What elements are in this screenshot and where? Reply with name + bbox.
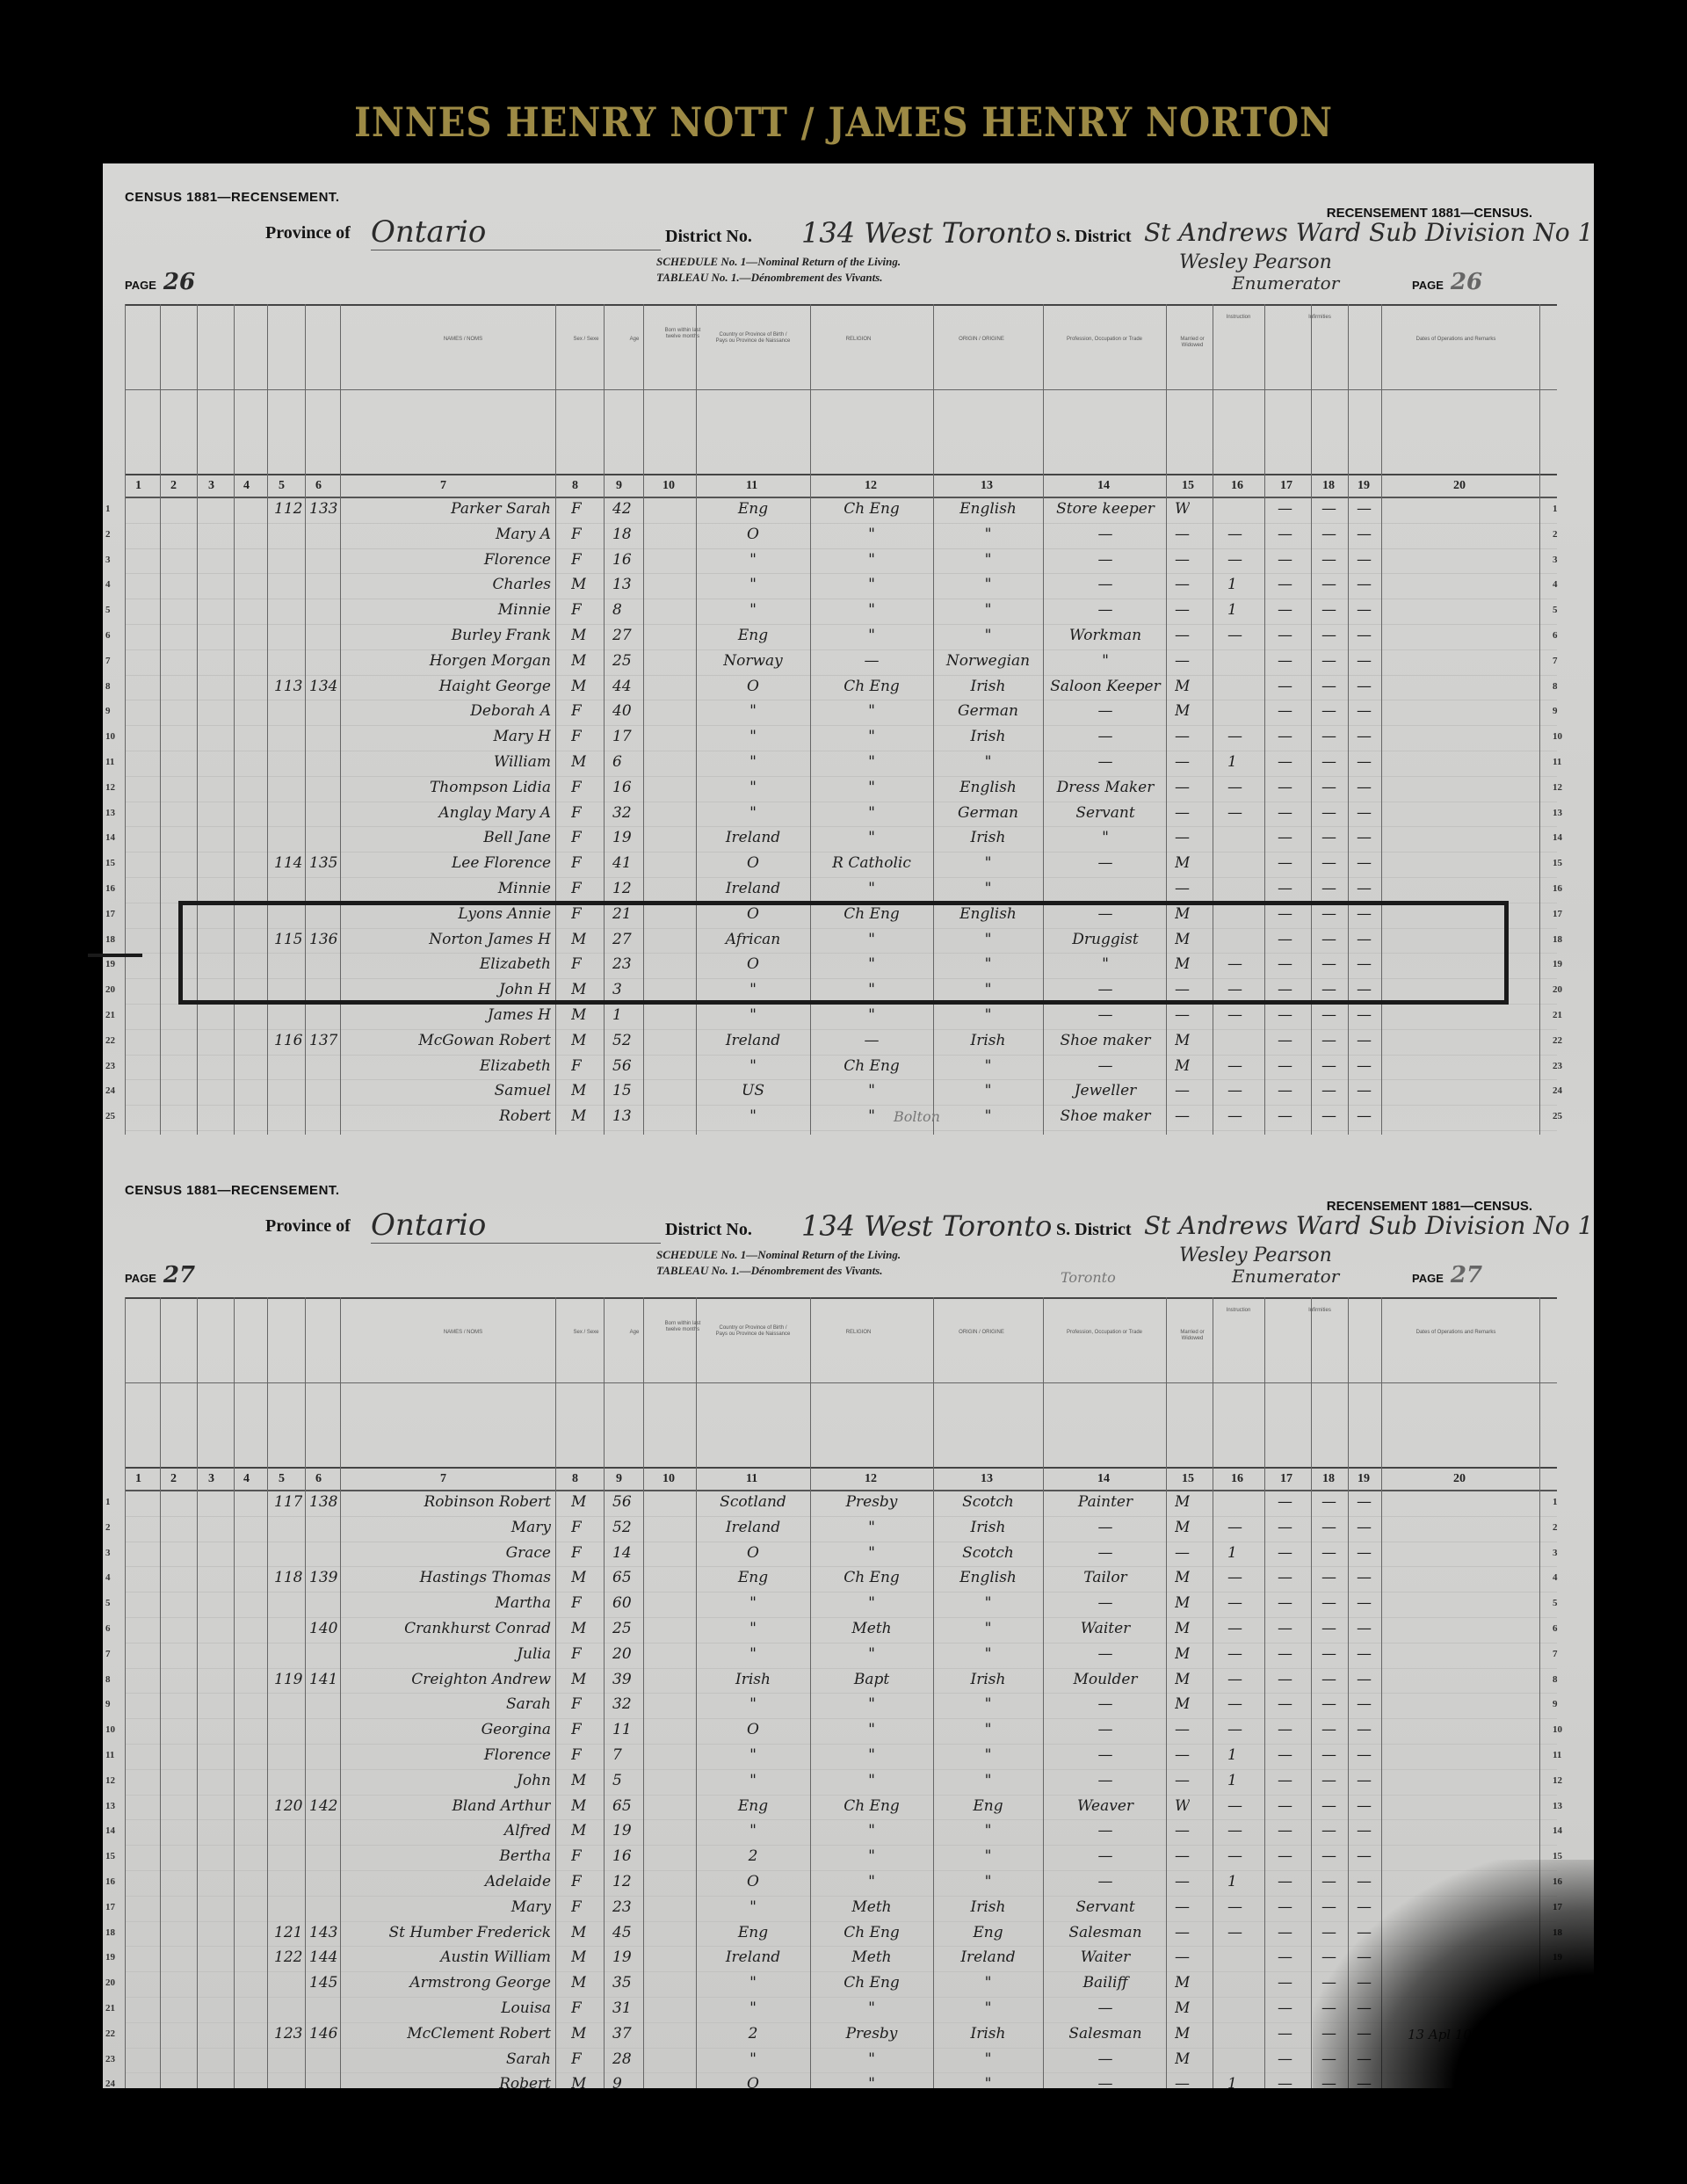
column-number: 17 xyxy=(1280,479,1292,493)
column-number: 6 xyxy=(315,479,322,493)
infirmity-unsound: — xyxy=(1357,576,1372,593)
line-number-left: 11 xyxy=(105,1750,114,1760)
religion: Meth xyxy=(815,1898,929,1916)
district-label: District No. xyxy=(665,227,752,247)
birthplace: O xyxy=(700,1721,806,1738)
person-name: Minnie xyxy=(344,880,551,897)
religion: " xyxy=(815,1772,929,1789)
origin: " xyxy=(938,576,1039,593)
infirmity-unsound: — xyxy=(1357,1082,1372,1099)
person-name: St Humber Frederick xyxy=(344,1924,551,1941)
occupation: — xyxy=(1047,601,1163,619)
infirmity-blind: — xyxy=(1321,880,1336,897)
header-remarks: Dates of Operations and Remarks xyxy=(1381,337,1531,343)
sex: F xyxy=(571,1746,582,1764)
age: 19 xyxy=(612,1948,632,1966)
line-number-left: 5 xyxy=(105,1598,111,1608)
occupation: Moulder xyxy=(1047,1671,1163,1688)
marital-status: M xyxy=(1175,1671,1190,1688)
person-name: Mary xyxy=(344,1898,551,1916)
occupation: — xyxy=(1047,2050,1163,2068)
infirmity-deaf: — xyxy=(1278,1006,1292,1024)
infirmity-deaf: — xyxy=(1278,1924,1292,1941)
line-number-right: 5 xyxy=(1553,1598,1558,1608)
line-number-right: 13 xyxy=(1553,1801,1562,1811)
infirmity-unsound: — xyxy=(1357,1493,1372,1511)
sex: F xyxy=(571,829,582,846)
house-number: 117 xyxy=(274,1493,302,1511)
person-name: John xyxy=(344,1772,551,1789)
column-number: 10 xyxy=(662,1472,675,1486)
sex: F xyxy=(571,779,582,796)
marital-status: — xyxy=(1175,880,1190,897)
column-number: 7 xyxy=(440,479,446,493)
birthplace: Eng xyxy=(700,1924,806,1941)
person-name: Florence xyxy=(344,1746,551,1764)
religion: " xyxy=(815,551,929,569)
person-name: Deborah A xyxy=(344,702,551,720)
origin: Norwegian xyxy=(938,652,1039,670)
header-born: Born within last twelve months xyxy=(661,328,705,340)
marital-status: W xyxy=(1175,500,1190,518)
column-number: 18 xyxy=(1322,1472,1335,1486)
birthplace: " xyxy=(700,1898,806,1916)
birthplace: Ireland xyxy=(700,1948,806,1966)
person-name: Crankhurst Conrad xyxy=(344,1620,551,1637)
birthplace: 2 xyxy=(700,2025,806,2043)
infirmity-deaf: — xyxy=(1278,1645,1292,1663)
age: 8 xyxy=(612,601,622,619)
page-number-left: PAGE27 xyxy=(125,1262,195,1288)
religion: " xyxy=(815,1082,929,1099)
infirmity-blind: — xyxy=(1321,1569,1336,1586)
infirmity-unsound: — xyxy=(1357,1822,1372,1839)
infirmity-blind: — xyxy=(1321,1082,1336,1099)
column-number: 8 xyxy=(572,479,578,493)
column-number: 11 xyxy=(746,479,757,493)
occupation: Waiter xyxy=(1047,1620,1163,1637)
line-number-right: 7 xyxy=(1553,656,1558,666)
age: 56 xyxy=(612,1493,632,1511)
sex: M xyxy=(571,1797,586,1815)
column-number: 1 xyxy=(135,1472,141,1486)
occupation: Waiter xyxy=(1047,1948,1163,1966)
age: 25 xyxy=(612,652,632,670)
enumerator-name: Wesley Pearson xyxy=(1179,1244,1332,1266)
origin: " xyxy=(938,1873,1039,1890)
infirmity-blind: — xyxy=(1321,1519,1336,1536)
age: 17 xyxy=(612,728,632,745)
line-number-right: 25 xyxy=(1553,1111,1562,1121)
religion: " xyxy=(815,1544,929,1562)
column-divider xyxy=(1348,304,1349,1135)
occupation: — xyxy=(1047,1006,1163,1024)
occupation: Weaver xyxy=(1047,1797,1163,1815)
infirmity-deaf: — xyxy=(1278,829,1292,846)
person-name: Florence xyxy=(344,551,551,569)
religion: " xyxy=(815,779,929,796)
page-title: INNES HENRY NOTT / JAMES HENRY NORTON xyxy=(101,98,1586,146)
line-number-left: 14 xyxy=(105,832,115,843)
line-number-right: 22 xyxy=(1553,1035,1562,1046)
marital-status: — xyxy=(1175,1082,1190,1099)
marital-status: — xyxy=(1175,1948,1190,1966)
religion: " xyxy=(815,2050,929,2068)
birthplace: O xyxy=(700,1873,806,1890)
line-number-left: 21 xyxy=(105,2003,115,2013)
column-number: 18 xyxy=(1322,479,1335,493)
age: 52 xyxy=(612,1032,632,1049)
infirmity-deaf: — xyxy=(1278,1493,1292,1511)
person-name: Alfred xyxy=(344,1822,551,1839)
religion: " xyxy=(815,1695,929,1713)
marital-status: — xyxy=(1175,1898,1190,1916)
origin: Irish xyxy=(938,829,1039,846)
birthplace: Ireland xyxy=(700,880,806,897)
religion: " xyxy=(815,526,929,543)
occupation: — xyxy=(1047,576,1163,593)
school-mark: — xyxy=(1227,1519,1242,1536)
line-number-right: 21 xyxy=(1553,1010,1562,1020)
infirmity-unsound: — xyxy=(1357,1107,1372,1125)
age: 19 xyxy=(612,829,632,846)
line-number-right: 11 xyxy=(1553,757,1561,767)
infirmity-deaf: — xyxy=(1278,1746,1292,1764)
religion: Meth xyxy=(815,1948,929,1966)
origin: Irish xyxy=(938,1032,1039,1049)
column-divider xyxy=(1264,1297,1265,2088)
infirmity-blind: — xyxy=(1321,1594,1336,1612)
infirmity-deaf: — xyxy=(1278,2050,1292,2068)
line-number-left: 18 xyxy=(105,1927,115,1938)
birthplace: " xyxy=(700,1974,806,1992)
religion: " xyxy=(815,1999,929,2017)
line-number-left: 23 xyxy=(105,1061,115,1071)
line-number-left: 15 xyxy=(105,858,115,868)
column-divider xyxy=(1311,1297,1312,2088)
line-number-left: 19 xyxy=(105,1952,115,1963)
school-mark: — xyxy=(1227,779,1242,796)
schedule-french: TABLEAU No. 1.—Dénombrement des Vivants. xyxy=(656,271,883,285)
infirmity-blind: — xyxy=(1321,1797,1336,1815)
school-mark: — xyxy=(1227,1057,1242,1075)
infirmity-blind: — xyxy=(1321,500,1336,518)
religion: " xyxy=(815,601,929,619)
birthplace: 2 xyxy=(700,1847,806,1865)
occupation: " xyxy=(1047,829,1163,846)
occupation: Salesman xyxy=(1047,2025,1163,2043)
sex: M xyxy=(571,1772,586,1789)
infirmity-deaf: — xyxy=(1278,1695,1292,1713)
header-origin: ORIGIN / ORIGINE xyxy=(942,1330,1021,1336)
header-age: Age xyxy=(617,1330,652,1336)
sex: M xyxy=(571,1974,586,1992)
infirmity-blind: — xyxy=(1321,551,1336,569)
header-profession: Profession, Occupation or Trade xyxy=(1056,1330,1153,1336)
district-value: 134 West Toronto xyxy=(801,216,1052,250)
header-instruction: Instruction xyxy=(1214,315,1263,321)
occupation: Jeweller xyxy=(1047,1082,1163,1099)
school-mark: 1 xyxy=(1227,601,1237,619)
family-number: 144 xyxy=(309,1948,337,1966)
origin: " xyxy=(938,753,1039,771)
birthplace: " xyxy=(700,779,806,796)
sub-district-label: S. District xyxy=(1056,1220,1132,1240)
line-number-right: 8 xyxy=(1553,681,1558,692)
infirmity-unsound: — xyxy=(1357,1695,1372,1713)
line-number-right: 7 xyxy=(1553,1649,1558,1659)
origin: Irish xyxy=(938,1671,1039,1688)
marital-status: M xyxy=(1175,1645,1190,1663)
infirmity-deaf: — xyxy=(1278,854,1292,872)
column-number: 17 xyxy=(1280,1472,1292,1486)
origin: Irish xyxy=(938,678,1039,695)
line-number-right: 24 xyxy=(1553,1085,1562,1096)
line-number-right: 12 xyxy=(1553,1775,1562,1786)
column-divider xyxy=(197,304,198,1135)
infirmity-blind: — xyxy=(1321,1695,1336,1713)
highlight-pointer-line xyxy=(88,954,142,957)
column-divider xyxy=(1213,304,1213,1135)
infirmity-unsound: — xyxy=(1357,779,1372,796)
infirmity-deaf: — xyxy=(1278,551,1292,569)
district-value: 134 West Toronto xyxy=(801,1209,1052,1243)
occupation: — xyxy=(1047,1721,1163,1738)
person-name: Sarah xyxy=(344,2050,551,2068)
line-number-right: 9 xyxy=(1553,1699,1558,1709)
family-number: 140 xyxy=(309,1620,337,1637)
sex: M xyxy=(571,1006,586,1024)
birthplace: O xyxy=(700,678,806,695)
infirmity-deaf: — xyxy=(1278,1797,1292,1815)
person-name: Burley Frank xyxy=(344,627,551,644)
occupation: — xyxy=(1047,551,1163,569)
sex: F xyxy=(571,551,582,569)
school-mark: — xyxy=(1227,551,1242,569)
house-number: 121 xyxy=(274,1924,302,1941)
infirmity-deaf: — xyxy=(1278,1999,1292,2017)
sex: F xyxy=(571,728,582,745)
birthplace: Ireland xyxy=(700,1032,806,1049)
age: 56 xyxy=(612,1057,632,1075)
sex: M xyxy=(571,678,586,695)
occupation: — xyxy=(1047,1746,1163,1764)
infirmity-unsound: — xyxy=(1357,1594,1372,1612)
census-label-left: CENSUS 1881—RECENSEMENT. xyxy=(125,1183,340,1198)
line-number-right: 20 xyxy=(1553,984,1562,995)
age: 60 xyxy=(612,1594,632,1612)
census-document: CENSUS 1881—RECENSEMENT. RECENSEMENT 188… xyxy=(103,163,1594,2088)
birthplace: " xyxy=(700,1772,806,1789)
line-number-left: 17 xyxy=(105,909,115,919)
birthplace: " xyxy=(700,1594,806,1612)
house-number: 118 xyxy=(274,1569,302,1586)
family-number: 137 xyxy=(309,1032,337,1049)
column-number: 13 xyxy=(981,1472,993,1486)
infirmity-deaf: — xyxy=(1278,753,1292,771)
column-divider xyxy=(125,1297,126,2088)
occupation: — xyxy=(1047,1645,1163,1663)
infirmity-unsound: — xyxy=(1357,500,1372,518)
occupation: " xyxy=(1047,652,1163,670)
school-mark: — xyxy=(1227,1847,1242,1865)
origin: Eng xyxy=(938,1797,1039,1815)
school-mark: — xyxy=(1227,1695,1242,1713)
religion: " xyxy=(815,1645,929,1663)
origin: " xyxy=(938,627,1039,644)
column-number: 1 xyxy=(135,479,141,493)
person-name: Armstrong George xyxy=(344,1974,551,1992)
column-divider xyxy=(160,1297,161,2088)
infirmity-blind: — xyxy=(1321,1107,1336,1125)
column-number: 16 xyxy=(1231,479,1243,493)
age: 16 xyxy=(612,1847,632,1865)
person-name: Mary H xyxy=(344,728,551,745)
marital-status: M xyxy=(1175,1695,1190,1713)
line-number-left: 4 xyxy=(105,579,111,590)
infirmity-blind: — xyxy=(1321,1544,1336,1562)
marital-status: — xyxy=(1175,2075,1190,2088)
column-divider xyxy=(1311,304,1312,1135)
school-mark: — xyxy=(1227,1006,1242,1024)
religion: " xyxy=(815,1519,929,1536)
birthplace: " xyxy=(700,1695,806,1713)
infirmity-deaf: — xyxy=(1278,601,1292,619)
marital-status: — xyxy=(1175,627,1190,644)
occupation: — xyxy=(1047,1847,1163,1865)
column-divider xyxy=(643,304,644,1135)
sex: M xyxy=(571,652,586,670)
birthplace: " xyxy=(700,1645,806,1663)
infirmity-deaf: — xyxy=(1278,1721,1292,1738)
column-number: 4 xyxy=(243,1472,250,1486)
column-number: 14 xyxy=(1097,1472,1110,1486)
age: 7 xyxy=(612,1746,622,1764)
family-number: 134 xyxy=(309,678,337,695)
line-number-right: 12 xyxy=(1553,782,1562,793)
origin: " xyxy=(938,1006,1039,1024)
infirmity-unsound: — xyxy=(1357,1544,1372,1562)
sex: M xyxy=(571,1948,586,1966)
age: 14 xyxy=(612,1544,632,1562)
person-name: Hastings Thomas xyxy=(344,1569,551,1586)
infirmity-deaf: — xyxy=(1278,1107,1292,1125)
age: 32 xyxy=(612,804,632,822)
infirmity-unsound: — xyxy=(1357,1671,1372,1688)
marital-status: — xyxy=(1175,576,1190,593)
header-married: Married or Widowed xyxy=(1175,1330,1210,1342)
occupation: — xyxy=(1047,702,1163,720)
house-number: 112 xyxy=(274,500,302,518)
origin: " xyxy=(938,2075,1039,2088)
page-number-right: PAGE26 xyxy=(1412,269,1482,295)
origin: Scotch xyxy=(938,1544,1039,1562)
enumerator-name: Wesley Pearson xyxy=(1179,251,1332,273)
header-profession: Profession, Occupation or Trade xyxy=(1056,337,1153,343)
column-number: 11 xyxy=(746,1472,757,1486)
birthplace: O xyxy=(700,1544,806,1562)
age: 39 xyxy=(612,1671,632,1688)
sex: F xyxy=(571,1721,582,1738)
birthplace: " xyxy=(700,551,806,569)
marital-status: M xyxy=(1175,1974,1190,1992)
infirmity-blind: — xyxy=(1321,1032,1336,1049)
religion: " xyxy=(815,1873,929,1890)
family-number: 146 xyxy=(309,2025,337,2043)
person-name: Creighton Andrew xyxy=(344,1671,551,1688)
header-birthplace: Country or Province of Birth / Pays ou P… xyxy=(713,1325,793,1338)
sex: F xyxy=(571,1594,582,1612)
religion: " xyxy=(815,728,929,745)
infirmity-deaf: — xyxy=(1278,1594,1292,1612)
highlight-box-norton-household xyxy=(178,901,1509,1005)
occupation: — xyxy=(1047,1544,1163,1562)
line-number-right: 9 xyxy=(1553,706,1558,716)
line-number-left: 16 xyxy=(105,883,115,894)
column-divider xyxy=(340,1297,341,2088)
school-mark: — xyxy=(1227,1721,1242,1738)
column-number: 5 xyxy=(279,1472,285,1486)
column-divider xyxy=(160,304,161,1135)
age: 20 xyxy=(612,1645,632,1663)
occupation: Painter xyxy=(1047,1493,1163,1511)
line-number-left: 8 xyxy=(105,681,111,692)
census-label-left: CENSUS 1881—RECENSEMENT. xyxy=(125,190,340,205)
marital-status: M xyxy=(1175,1493,1190,1511)
header-religion: RELIGION xyxy=(819,1330,898,1336)
infirmity-unsound: — xyxy=(1357,1721,1372,1738)
birthplace: " xyxy=(700,2050,806,2068)
sub-district-value: St Andrews Ward Sub Division No 1 xyxy=(1144,218,1593,247)
marital-status: — xyxy=(1175,1107,1190,1125)
birthplace: " xyxy=(700,1006,806,1024)
religion: " xyxy=(815,1822,929,1839)
sex: F xyxy=(571,500,582,518)
house-number: 113 xyxy=(274,678,302,695)
origin: " xyxy=(938,551,1039,569)
marital-status: — xyxy=(1175,1873,1190,1890)
birthplace: " xyxy=(700,1746,806,1764)
line-number-left: 12 xyxy=(105,782,115,793)
column-number: 7 xyxy=(440,1472,446,1486)
age: 28 xyxy=(612,2050,632,2068)
age: 18 xyxy=(612,526,632,543)
line-number-left: 8 xyxy=(105,1674,111,1685)
header-instruction: Instruction xyxy=(1214,1308,1263,1314)
infirmity-deaf: — xyxy=(1278,500,1292,518)
column-divider xyxy=(696,1297,697,2088)
header-infirmities: Infirmities xyxy=(1271,1308,1368,1314)
line-number-left: 10 xyxy=(105,731,115,742)
column-divider xyxy=(1213,1297,1213,2088)
line-number-left: 24 xyxy=(105,2079,115,2088)
column-number: 3 xyxy=(208,1472,214,1486)
line-number-left: 3 xyxy=(105,1548,111,1558)
occupation: Store keeper xyxy=(1047,500,1163,518)
line-number-left: 18 xyxy=(105,934,115,945)
line-number-right: 14 xyxy=(1553,1825,1562,1836)
line-number-right: 16 xyxy=(1553,883,1562,894)
column-divider xyxy=(305,1297,306,2088)
infirmity-deaf: — xyxy=(1278,1057,1292,1075)
occupation: Tailor xyxy=(1047,1569,1163,1586)
infirmity-unsound: — xyxy=(1357,678,1372,695)
age: 31 xyxy=(612,1999,632,2017)
infirmity-blind: — xyxy=(1321,728,1336,745)
age: 35 xyxy=(612,1974,632,1992)
column-number: 19 xyxy=(1358,1472,1370,1486)
infirmity-unsound: — xyxy=(1357,1569,1372,1586)
